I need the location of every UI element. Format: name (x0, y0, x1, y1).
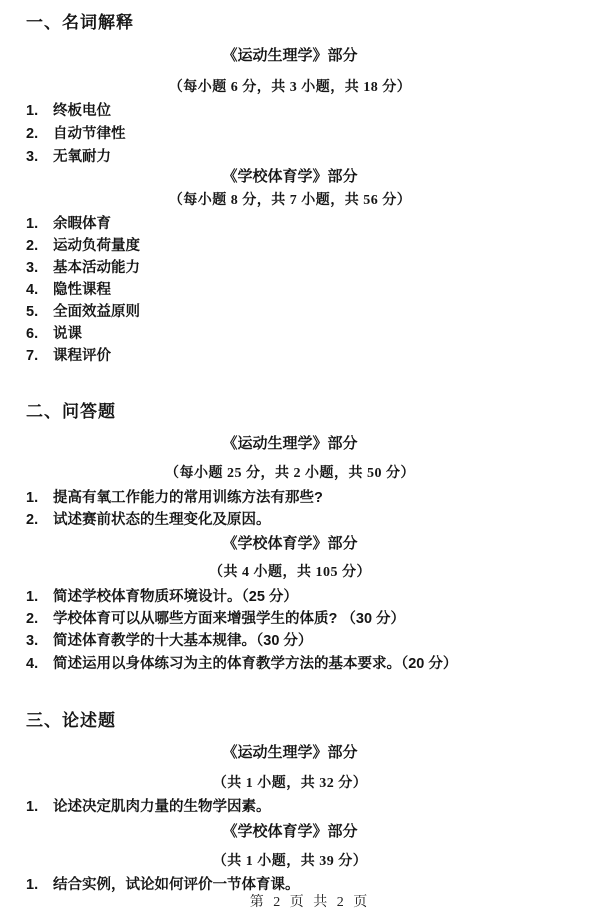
item-text: 自动节律性 (53, 126, 126, 142)
item-number: 2. (26, 611, 53, 627)
question-item: 7.课程评价 (26, 344, 554, 365)
section-heading: 二、问答题 (26, 397, 554, 422)
question-item: 2.试述赛前状态的生理变化及原因。 (26, 508, 554, 529)
item-number: 3. (26, 633, 53, 649)
item-number: 2. (26, 126, 53, 142)
item-text: 说课 (53, 326, 82, 342)
section-heading: 三、论述题 (26, 706, 554, 731)
question-item: 2.学校体育可以从哪些方面来增强学生的体质? （30 分） (26, 607, 554, 628)
item-text: 隐性课程 (53, 282, 111, 298)
item-number: 2. (26, 238, 53, 254)
question-item: 2.运动负荷量度 (26, 234, 554, 255)
question-item: 6.说课 (26, 322, 554, 343)
item-number: 3. (26, 260, 53, 276)
question-item: 4.简述运用以身体练习为主的体育教学方法的基本要求。（20 分） (26, 652, 554, 673)
score-note: （每小题 6 分，共 3 小题，共 18 分） (26, 76, 554, 96)
question-item: 1.提高有氧工作能力的常用训练方法有那些? (26, 486, 554, 507)
part-title: 《学校体育学》部分 (26, 165, 554, 186)
item-number: 4. (26, 656, 53, 672)
part-title: 《学校体育学》部分 (26, 820, 554, 841)
item-number: 4. (26, 282, 53, 298)
item-number: 6. (26, 326, 53, 342)
item-number: 1. (26, 589, 53, 605)
item-text: 学校体育可以从哪些方面来增强学生的体质? （30 分） (53, 611, 405, 627)
item-number: 5. (26, 304, 53, 320)
item-text: 论述决定肌肉力量的生物学因素。 (53, 799, 271, 815)
score-note: （共 4 小题，共 105 分） (26, 561, 554, 581)
question-item: 3.基本活动能力 (26, 256, 554, 277)
score-note: （每小题 8 分，共 7 小题，共 56 分） (26, 189, 554, 209)
exam-paper-page: 一、名词解释 《运动生理学》部分 （每小题 6 分，共 3 小题，共 18 分）… (0, 0, 594, 914)
score-note: （共 1 小题，共 32 分） (26, 772, 554, 792)
item-number: 1. (26, 216, 53, 232)
item-text: 运动负荷量度 (53, 238, 140, 254)
item-number: 2. (26, 512, 53, 528)
item-number: 7. (26, 348, 53, 364)
item-text: 余暇体育 (53, 216, 111, 232)
item-text: 试述赛前状态的生理变化及原因。 (53, 512, 271, 528)
item-text: 终板电位 (53, 103, 111, 119)
item-text: 课程评价 (53, 348, 111, 364)
part-title: 《运动生理学》部分 (26, 741, 554, 762)
question-item: 1.论述决定肌肉力量的生物学因素。 (26, 795, 554, 816)
score-note: （每小题 25 分，共 2 小题，共 50 分） (26, 462, 554, 482)
item-text: 简述学校体育物质环境设计。（25 分） (53, 589, 298, 605)
item-number: 1. (26, 103, 53, 119)
question-item: 5.全面效益原则 (26, 300, 554, 321)
item-text: 提高有氧工作能力的常用训练方法有那些? (53, 490, 323, 506)
part-title: 《学校体育学》部分 (26, 532, 554, 553)
item-text: 简述体育教学的十大基本规律。（30 分） (53, 633, 312, 649)
question-item: 2.自动节律性 (26, 122, 554, 143)
item-number: 3. (26, 149, 53, 165)
item-text: 基本活动能力 (53, 260, 140, 276)
part-title: 《运动生理学》部分 (26, 432, 554, 453)
item-number: 1. (26, 799, 53, 815)
item-text: 简述运用以身体练习为主的体育教学方法的基本要求。（20 分） (53, 656, 457, 672)
question-item: 1.余暇体育 (26, 212, 554, 233)
item-text: 无氧耐力 (53, 149, 111, 165)
item-text: 全面效益原则 (53, 304, 140, 320)
question-item: 1.简述学校体育物质环境设计。（25 分） (26, 585, 554, 606)
page-footer: 第 2 页 共 2 页 (26, 891, 594, 911)
question-item: 3.无氧耐力 (26, 145, 554, 166)
question-item: 1.终板电位 (26, 99, 554, 120)
section-heading: 一、名词解释 (26, 8, 554, 33)
question-item: 3.简述体育教学的十大基本规律。（30 分） (26, 629, 554, 650)
score-note: （共 1 小题，共 39 分） (26, 850, 554, 870)
question-item: 4.隐性课程 (26, 278, 554, 299)
item-number: 1. (26, 490, 53, 506)
part-title: 《运动生理学》部分 (26, 44, 554, 65)
